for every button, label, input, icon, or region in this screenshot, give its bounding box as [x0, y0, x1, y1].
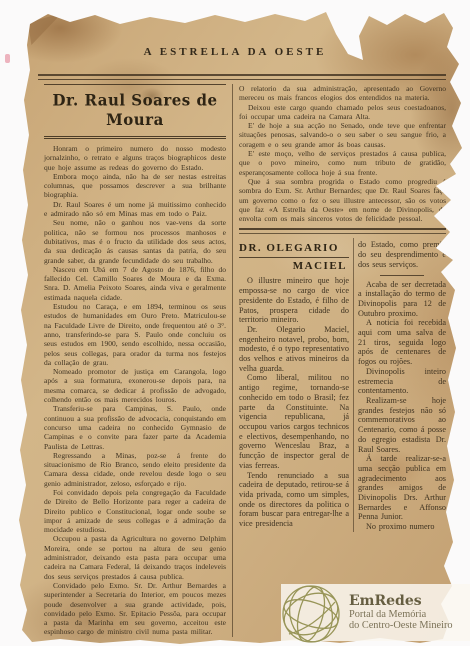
- olegario-column-divider-rule: [353, 238, 354, 531]
- paragraph: Honram o primeiro numero do nosso modest…: [44, 144, 226, 172]
- paragraph: Foi convidado depois pela congregação da…: [44, 488, 226, 534]
- paragraph: Divinopolis inteiro estremecia de conten…: [358, 367, 446, 396]
- paragraph: A noticia foi recebida aqui com uma salv…: [358, 318, 446, 367]
- paragraph: Realizam-se hoje grandes festejos não só…: [358, 396, 446, 454]
- masthead-rule: [38, 74, 446, 80]
- paragraph: Á tarde realizar-se-a uma secção publica…: [358, 454, 446, 522]
- olegario-column-right: do Estado, como premio do seu desprendim…: [358, 238, 446, 531]
- paragraph: O illustre mineiro que hoje empossa-se n…: [239, 276, 349, 325]
- paragraph: Nomeado promotor de justiça em Carangola…: [44, 367, 226, 404]
- watermark-emredes: EmRedes Portal da Memória do Centro-Oest…: [281, 584, 470, 641]
- paragraph: Convidado pelo Exmo. Sr. Dr. Arthur Bern…: [44, 581, 226, 637]
- watermark-subtitle-line2: do Centro-Oeste Mineiro: [349, 620, 453, 632]
- paragraph: Seu nome, não o ganhou nos vae-vens da s…: [44, 218, 226, 264]
- column-divider-rule: [232, 84, 233, 637]
- paragraph: O relatorio da sua administração, aprese…: [239, 84, 446, 103]
- article-olegario: DR. OLEGARIO MACIEL O illustre mineiro q…: [239, 238, 446, 531]
- paragraph: Deixou este cargo quando chamado pelos s…: [239, 103, 446, 122]
- olegario-left-text: O illustre mineiro que hoje empossa-se n…: [239, 276, 349, 528]
- paragraph: Que á sua sombra progrida o Estado como …: [239, 177, 446, 223]
- paragraph: Acaba de ser decretada a installação do …: [358, 280, 446, 319]
- watermark-title: EmRedes: [349, 594, 453, 609]
- article-raul-right-text: O relatorio da sua administração, aprese…: [239, 84, 446, 223]
- paragraph: Occupou a pasta da Agricultura no govern…: [44, 534, 226, 580]
- column-left: Dr. Raul Soares de Moura Honram o primei…: [44, 84, 226, 637]
- paragraph: Dr. Raul Soares é um nome já muitissimo …: [44, 200, 226, 219]
- article-raul-left-text: Honram o primeiro numero do nosso modest…: [44, 144, 226, 637]
- watermark-subtitle-line1: Portal da Memória: [349, 609, 453, 621]
- globe-wireframe-icon: [279, 582, 343, 646]
- paragraph: No proximo numero: [358, 522, 446, 532]
- paragraph: Embora moço ainda, não ha de ser nestas …: [44, 172, 226, 200]
- paragraph-divider-rule: [380, 275, 424, 276]
- corner-fold: [28, 13, 62, 45]
- watermark-text: EmRedes Portal da Memória do Centro-Oest…: [349, 594, 453, 632]
- masthead-title: A ESTRELLA DA OESTE: [0, 46, 470, 58]
- scanned-page: A ESTRELLA DA OESTE Dr. Raul Soares de M…: [0, 0, 470, 646]
- olegario-column-left: DR. OLEGARIO MACIEL O illustre mineiro q…: [239, 238, 349, 531]
- paragraph: Transferiu-se para Campinas, S. Paulo, o…: [44, 404, 226, 450]
- scanner-pink-mark: [5, 54, 10, 63]
- article-raul-headline-box: Dr. Raul Soares de Moura: [44, 84, 226, 139]
- olegario-right-intro-text: do Estado, como premio do seu desprendim…: [358, 240, 446, 269]
- olegario-headline-line2: MACIEL: [239, 258, 349, 276]
- olegario-headline-line1: DR. OLEGARIO: [239, 240, 349, 258]
- paragraph: do Estado, como premio do seu desprendim…: [358, 240, 446, 269]
- newspaper-page: A ESTRELLA DA OESTE Dr. Raul Soares de M…: [0, 0, 470, 646]
- column-layout: Dr. Raul Soares de Moura Honram o primei…: [44, 84, 446, 637]
- paragraph: Tendo renunciado a sua cadeira de deputa…: [239, 471, 349, 529]
- paragraph: Regressando a Minas, poz-se á frente do …: [44, 451, 226, 488]
- paragraph: Nasceu em Ubá em 7 de Agosto de 1876, fi…: [44, 265, 226, 302]
- paragraph: Como liberal, militou no antigo regime, …: [239, 373, 349, 470]
- paragraph: Estudou no Caraça, e em 1894, terminou o…: [44, 302, 226, 367]
- paragraph: E' este moço, velho de serviços prestado…: [239, 149, 446, 177]
- column-right: O relatorio da sua administração, aprese…: [239, 84, 446, 637]
- olegario-right-text: Acaba de ser decretada a installação do …: [358, 280, 446, 532]
- paragraph: E' de hoje a sua acção no Senado, onde t…: [239, 121, 446, 149]
- section-divider-rule: [239, 228, 446, 234]
- paragraph: Dr. Olegario Maciel, engenheiro notavel,…: [239, 325, 349, 374]
- article-raul-headline: Dr. Raul Soares de Moura: [46, 91, 224, 130]
